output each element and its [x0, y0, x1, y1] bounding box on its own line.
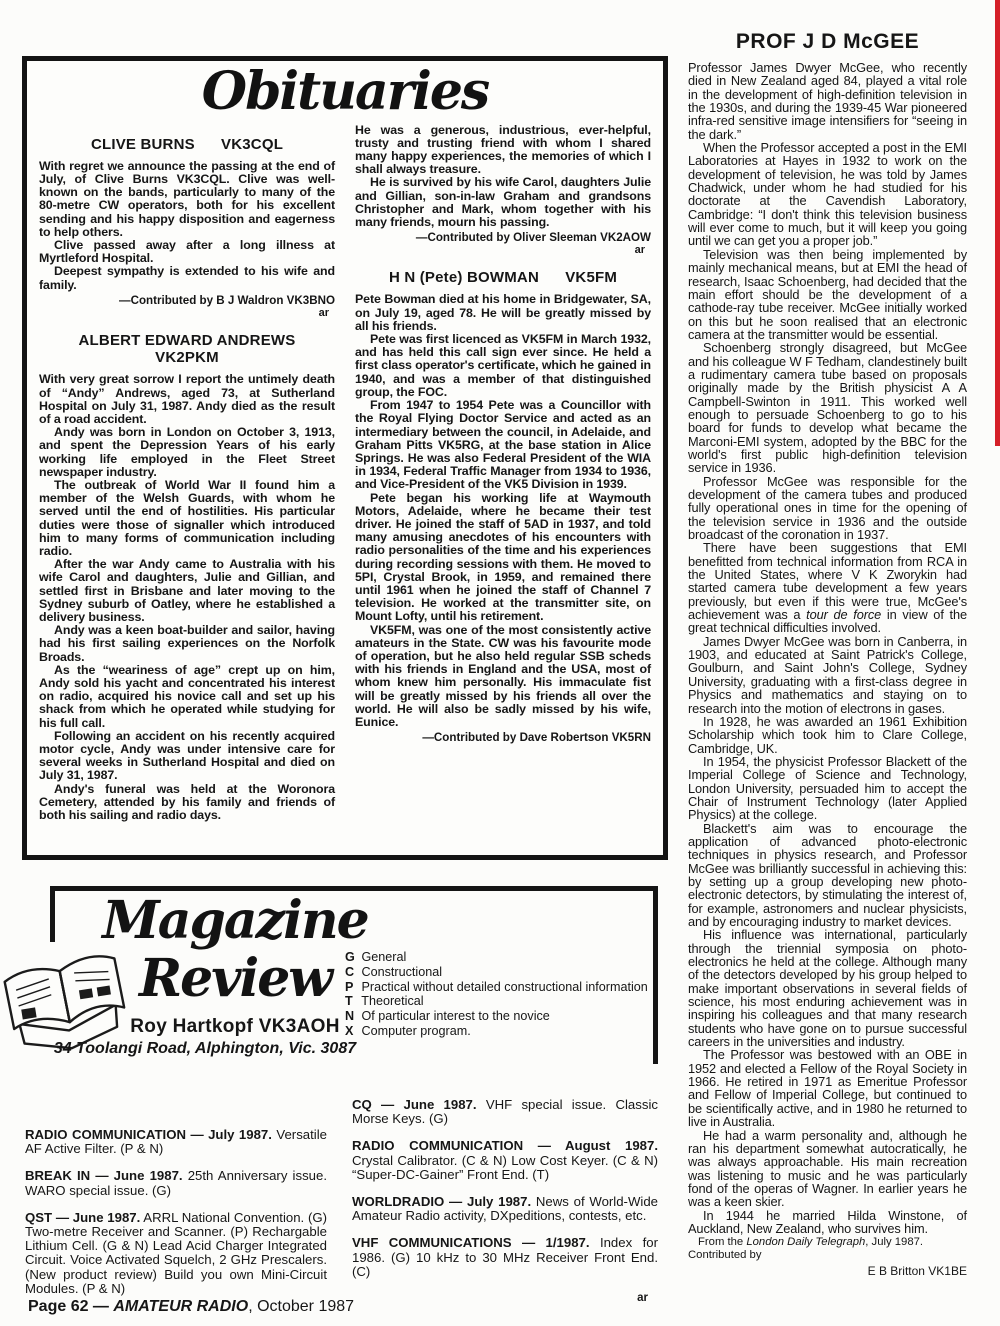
article-paragraph: Schoenberg strongly disagreed, but McGee… [688, 341, 967, 474]
article-paragraph: In 1928, he was awarded an 1961 Exhibiti… [688, 715, 967, 755]
review-title: RADIO COMMUNICATION — July 1987. [25, 1127, 272, 1142]
article-paragraph: Professor James Dwyer McGee, who recentl… [688, 61, 967, 141]
review-entry: BREAK IN — June 1987. 25th Anniversary i… [25, 1169, 327, 1197]
review-body: Crystal Calibrator. (C & N) Low Cost Key… [352, 1153, 658, 1182]
obituaries-right-column: He was a generous, industrious, ever-hel… [355, 124, 651, 823]
obituary-paragraph: The outbreak of World War II found him a… [39, 479, 335, 558]
obituaries-columns: CLIVE BURNS VK3CQL With regret we announ… [39, 124, 651, 823]
mcgee-article: PROF J D McGEE Professor James Dwyer McG… [688, 30, 967, 1278]
legend-label: General [362, 950, 407, 964]
legend-label: Constructional [362, 965, 443, 979]
obituary-paragraph: With very great sorrow I report the unti… [39, 373, 335, 426]
obituary-heading-albert-andrews: ALBERT EDWARD ANDREWS VK2PKM [39, 332, 335, 367]
obituaries-section: Obituaries CLIVE BURNS VK3CQL With regre… [22, 56, 668, 860]
obituary-paragraph: VK5FM, was one of the most consistently … [355, 624, 651, 730]
legend-item: X Computer program. [345, 1024, 645, 1039]
obituary-attribution: —Contributed by Dave Robertson VK5RN [355, 731, 651, 744]
review-entry: VHF COMMUNICATIONS — 1/1987. Index for 1… [352, 1236, 658, 1279]
article-credit: From the London Daily Telegraph, July 19… [688, 1236, 967, 1262]
legend-key: T [345, 994, 358, 1009]
review-entry: QST — June 1987. ARRL National Conventio… [25, 1211, 327, 1296]
obituary-attribution: —Contributed by Oliver Sleeman VK2AOW [355, 231, 651, 244]
legend-label: Practical without detailed constructiona… [362, 980, 648, 994]
legend-key: N [345, 1009, 358, 1024]
reviews-left-column: RADIO COMMUNICATION — July 1987. Versati… [25, 1128, 327, 1309]
obituary-heading-clive-burns: CLIVE BURNS VK3CQL [39, 136, 335, 153]
review-entry: WORLDRADIO — July 1987. News of World-Wi… [352, 1195, 658, 1223]
open-magazine-icon [0, 938, 144, 1056]
reviewer-address: 34 Toolangi Road, Alphington, Vic. 3087 [10, 1040, 400, 1058]
legend-item: G General [345, 950, 645, 965]
obituary-paragraph: He is survived by his wife Carol, daught… [355, 176, 651, 229]
reviews-right-column: CQ — June 1987. VHF special issue. Class… [352, 1098, 658, 1304]
review-title: RADIO COMMUNICATION — August 1987. [352, 1138, 658, 1153]
review-title: VHF COMMUNICATIONS — 1/1987. [352, 1235, 590, 1250]
article-paragraph: His influence was international, particu… [688, 928, 967, 1048]
review-entry: CQ — June 1987. VHF special issue. Class… [352, 1098, 658, 1126]
legend-item: N Of particular interest to the novice [345, 1009, 645, 1024]
obituary-paragraph: He was a generous, industrious, ever-hel… [355, 124, 651, 177]
legend-item: T Theoretical [345, 994, 645, 1009]
obituary-attribution: —Contributed by B J Waldron VK3BNO [39, 294, 335, 307]
article-credit-author: E B Britton VK1BE [688, 1264, 967, 1278]
review-entry: RADIO COMMUNICATION — July 1987. Versati… [25, 1128, 327, 1156]
obituary-paragraph: As the “weariness of age” crept up on hi… [39, 664, 335, 730]
article-paragraph: There have been suggestions that EMI ben… [688, 541, 967, 634]
article-paragraph: He had a warm personality and, although … [688, 1129, 967, 1209]
article-paragraph: James Dwyer McGee was born in Canberra, … [688, 635, 967, 715]
end-of-article-mark: ar [39, 307, 335, 320]
legend-label: Theoretical [361, 994, 423, 1008]
obituary-paragraph: Following an accident on his recently ac… [39, 730, 335, 783]
obituary-paragraph: Pete was first licenced as VK5FM in Marc… [355, 333, 651, 399]
credit-source-italic: London Daily Telegraph [746, 1236, 865, 1248]
legend-key: G [345, 950, 358, 965]
legend-item: C Constructional [345, 965, 645, 980]
review-code-legend: G General C Constructional P Practical w… [345, 950, 645, 1039]
obituary-paragraph: Andy was born in London on October 3, 19… [39, 426, 335, 479]
footer-magazine-name: AMATEUR RADIO [113, 1298, 248, 1315]
article-paragraph: When the Professor accepted a post in th… [688, 141, 967, 248]
footer-page-number: Page 62 — [28, 1298, 113, 1315]
article-paragraph: In 1954, the physicist Professor Blacket… [688, 755, 967, 822]
obituary-paragraph: With regret we announce the passing at t… [39, 160, 335, 239]
review-title: CQ — June 1987. [352, 1097, 477, 1112]
end-of-article-mark: ar [352, 1292, 658, 1304]
article-paragraph: Blackett's aim was to encourage the appl… [688, 822, 967, 929]
obituary-paragraph: Deepest sympathy is extended to his wife… [39, 265, 335, 291]
article-paragraph: Television was then being implemented by… [688, 248, 967, 341]
obituary-paragraph: Andy's funeral was held at the Woronora … [39, 783, 335, 823]
end-of-article-mark: ar [355, 244, 651, 257]
magazine-review-border-right [653, 886, 658, 1064]
review-title: WORLDRADIO — July 1987. [352, 1194, 531, 1209]
legend-key: P [345, 980, 358, 995]
article-title: PROF J D McGEE [688, 30, 967, 54]
review-title: BREAK IN — June 1987. [25, 1168, 183, 1183]
obituary-paragraph: Pete Bowman died at his home in Bridgewa… [355, 293, 651, 333]
legend-label: Of particular interest to the novice [362, 1009, 550, 1023]
obituary-paragraph: From 1947 to 1954 Pete was a Councillor … [355, 399, 651, 491]
obituaries-left-column: CLIVE BURNS VK3CQL With regret we announ… [39, 124, 335, 823]
review-entry: RADIO COMMUNICATION — August 1987. Cryst… [352, 1139, 658, 1182]
legend-key: C [345, 965, 358, 980]
obituaries-title: Obituaries [39, 65, 651, 120]
legend-item: P Practical without detailed constructio… [345, 980, 645, 995]
obituary-paragraph: Andy was a keen boat-builder and sailor,… [39, 624, 335, 664]
review-title: QST — June 1987. [25, 1210, 140, 1225]
obituary-paragraph: Clive passed away after a long illness a… [39, 239, 335, 265]
footer-issue-date: , October 1987 [248, 1298, 354, 1315]
legend-key: X [345, 1024, 358, 1039]
obituary-heading-pete-bowman: H N (Pete) BOWMAN VK5FM [355, 269, 651, 286]
obituary-paragraph: After the war Andy came to Australia wit… [39, 558, 335, 624]
obituary-paragraph: Pete began his working life at Waymouth … [355, 492, 651, 624]
credit-text: From the [698, 1236, 746, 1248]
article-paragraph: Professor McGee was responsible for the … [688, 475, 967, 542]
page-footer: Page 62 — AMATEUR RADIO, October 1987 [28, 1298, 354, 1316]
magazine-review-border-left [50, 886, 55, 942]
red-edge-strip [995, 0, 1000, 446]
article-paragraph: In 1944 he married Hilda Winstone, of Au… [688, 1209, 967, 1236]
article-paragraph: The Professor was bestowed with an OBE i… [688, 1048, 967, 1128]
legend-label: Computer program. [362, 1024, 471, 1038]
